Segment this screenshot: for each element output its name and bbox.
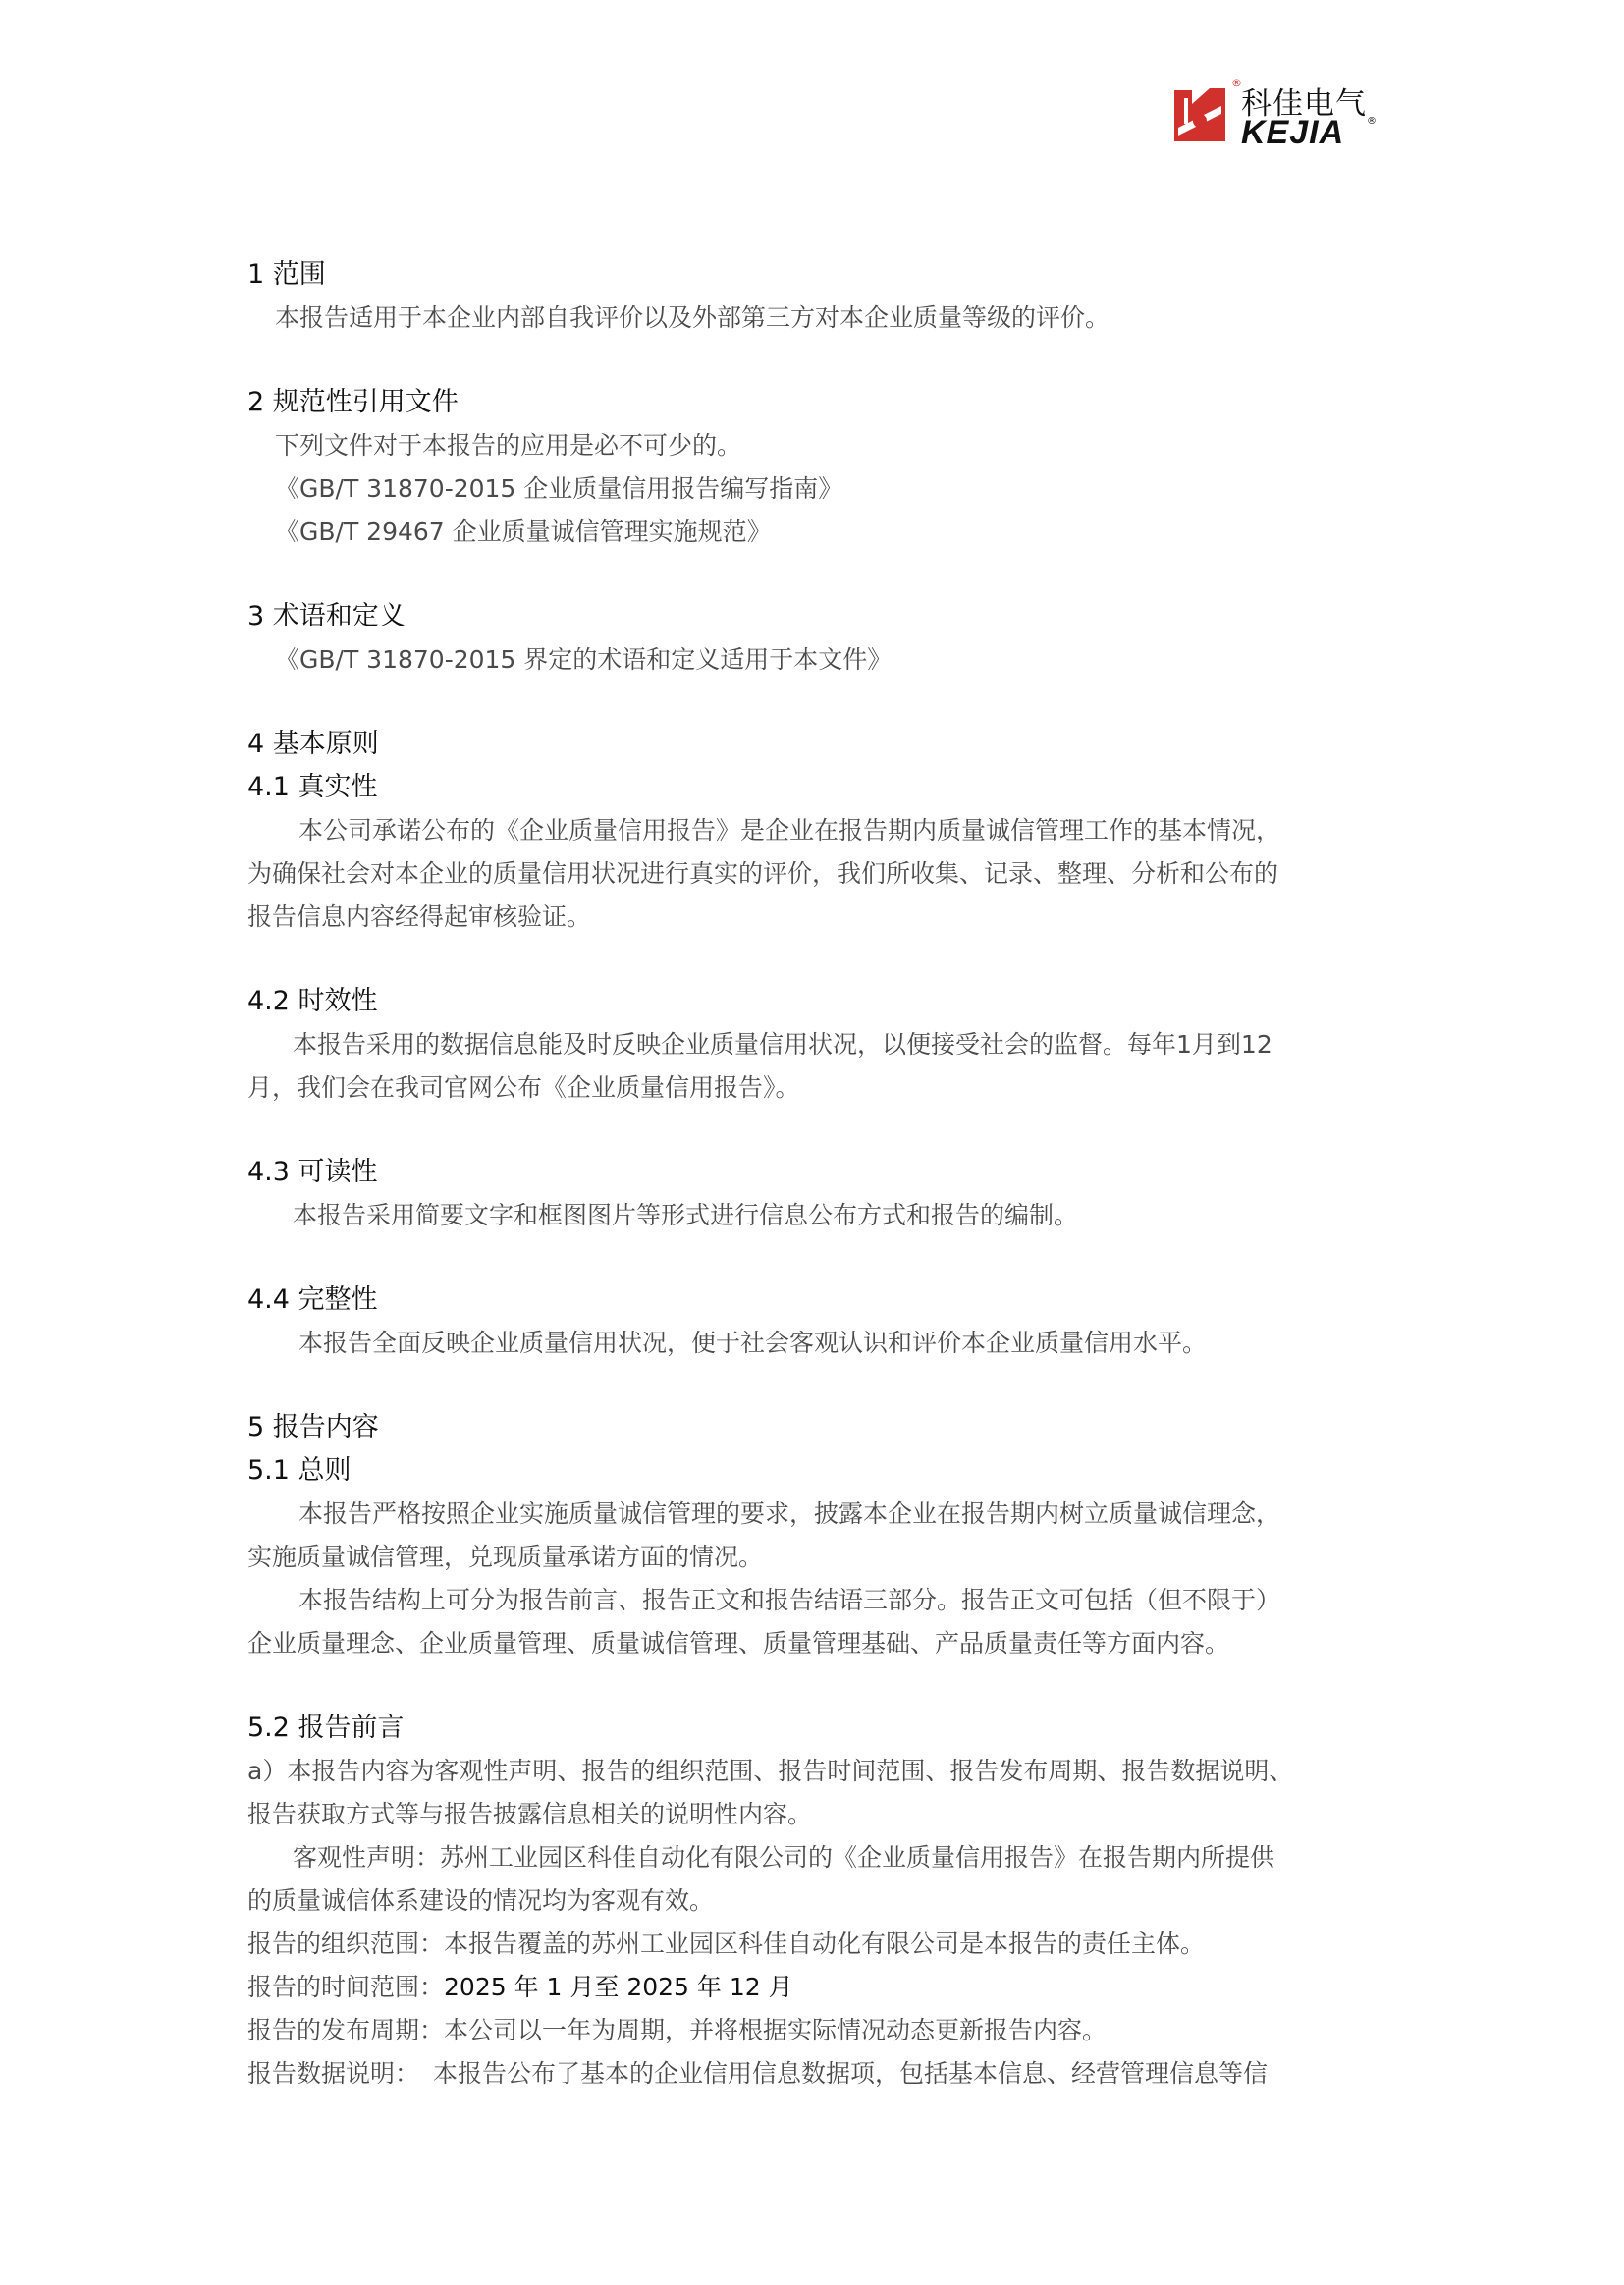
- paragraph: 本报告适用于本企业内部自我评价以及外部第三方对本企业质量等级的评价。: [247, 297, 1406, 340]
- paragraph: 下列文件对于本报告的应用是必不可少的。: [247, 424, 1406, 467]
- section-heading: 5 报告内容: [247, 1406, 1406, 1449]
- section-heading: 1 范围: [247, 253, 1406, 297]
- section-report-content: 5 报告内容 5.1 总则 本报告严格按照企业实施质量诚信管理的要求，披露本企业…: [247, 1406, 1406, 2095]
- release-cycle-value: 本公司以一年为周期，并将根据实际情况动态更新报告内容。: [444, 2016, 1107, 2044]
- time-scope-value: 2025 年 1 月至 2025 年 12 月: [444, 1973, 793, 2001]
- org-scope-row: 报告的组织范围：本报告覆盖的苏州工业园区科佳自动化有限公司是本报告的责任主体。: [247, 1923, 1406, 1966]
- paragraph-line: 本报告采用的数据信息能及时反映企业质量信用状况，以便接受社会的监督。每年1月到1…: [247, 1023, 1406, 1066]
- data-description-row: 报告数据说明：本报告公布了基本的企业信用信息数据项，包括基本信息、经营管理信息等…: [247, 2052, 1406, 2095]
- time-scope-label: 报告的时间范围：: [247, 1973, 444, 2001]
- kejia-logo-icon: [1170, 84, 1229, 147]
- paragraph: 《GB/T 31870-2015 界定的术语和定义适用于本文件》: [247, 638, 1406, 681]
- data-description-value: 本报告公布了基本的企业信用信息数据项，包括基本信息、经营管理信息等信: [419, 2059, 1268, 2088]
- reference-item: 《GB/T 29467 企业质量诚信管理实施规范》: [247, 511, 1406, 554]
- logo-english-name: KEJIA: [1241, 114, 1344, 152]
- paragraph-line: 报告获取方式等与报告披露信息相关的说明性内容。: [247, 1793, 1406, 1836]
- document-body: 1 范围 本报告适用于本企业内部自我评价以及外部第三方对本企业质量等级的评价。 …: [247, 253, 1406, 2095]
- section-heading: 2 规范性引用文件: [247, 381, 1406, 424]
- paragraph-line: 为确保社会对本企业的质量信用状况进行真实的评价，我们所收集、记录、整理、分析和公…: [247, 852, 1406, 896]
- paragraph: 本报告全面反映企业质量信用状况，便于社会客观认识和评价本企业质量信用水平。: [247, 1322, 1406, 1365]
- paragraph-line: 本公司承诺公布的《企业质量信用报告》是企业在报告期内质量诚信管理工作的基本情况，: [247, 809, 1406, 852]
- paragraph: 本报告采用简要文字和框图图片等形式进行信息公布方式和报告的编制。: [247, 1194, 1406, 1237]
- paragraph-line: 客观性声明：苏州工业园区科佳自动化有限公司的《企业质量信用报告》在报告期内所提供: [247, 1836, 1406, 1879]
- subsection-heading: 4.2 时效性: [247, 980, 1406, 1023]
- registered-mark: ®: [1367, 116, 1377, 127]
- section-basic-principles: 4 基本原则 4.1 真实性 本公司承诺公布的《企业质量信用报告》是企业在报告期…: [247, 723, 1406, 1365]
- release-cycle-row: 报告的发布周期：本公司以一年为周期，并将根据实际情况动态更新报告内容。: [247, 2009, 1406, 2052]
- paragraph-line: 报告信息内容经得起审核验证。: [247, 896, 1406, 939]
- paragraph-line: a）本报告内容为客观性声明、报告的组织范围、报告时间范围、报告发布周期、报告数据…: [247, 1750, 1406, 1793]
- org-scope-value: 本报告覆盖的苏州工业园区科佳自动化有限公司是本报告的责任主体。: [444, 1930, 1205, 1958]
- company-logo: ® 科佳电气 KEJIA ®: [1170, 77, 1379, 153]
- paragraph-line: 本报告结构上可分为报告前言、报告正文和报告结语三部分。报告正文可包括（但不限于）: [247, 1579, 1406, 1622]
- subsection-heading: 5.2 报告前言: [247, 1707, 1406, 1750]
- subsection-heading: 5.1 总则: [247, 1449, 1406, 1493]
- paragraph-line: 的质量诚信体系建设的情况均为客观有效。: [247, 1879, 1406, 1923]
- paragraph-line: 本报告严格按照企业实施质量诚信管理的要求，披露本企业在报告期内树立质量诚信理念，: [247, 1493, 1406, 1536]
- reference-item: 《GB/T 31870-2015 企业质量信用报告编写指南》: [247, 467, 1406, 511]
- section-heading: 3 术语和定义: [247, 595, 1406, 638]
- data-description-label: 报告数据说明：: [247, 2059, 419, 2088]
- section-normative-references: 2 规范性引用文件 下列文件对于本报告的应用是必不可少的。 《GB/T 3187…: [247, 381, 1406, 554]
- subsection-heading: 4.1 真实性: [247, 766, 1406, 809]
- section-terms-definitions: 3 术语和定义 《GB/T 31870-2015 界定的术语和定义适用于本文件》: [247, 595, 1406, 681]
- section-scope: 1 范围 本报告适用于本企业内部自我评价以及外部第三方对本企业质量等级的评价。: [247, 253, 1406, 340]
- subsection-heading: 4.3 可读性: [247, 1151, 1406, 1194]
- paragraph-line: 实施质量诚信管理，兑现质量承诺方面的情况。: [247, 1536, 1406, 1579]
- section-heading: 4 基本原则: [247, 723, 1406, 766]
- subsection-heading: 4.4 完整性: [247, 1279, 1406, 1322]
- release-cycle-label: 报告的发布周期：: [247, 2016, 444, 2044]
- time-scope-row: 报告的时间范围：2025 年 1 月至 2025 年 12 月: [247, 1966, 1406, 2009]
- paragraph-line: 月，我们会在我司官网公布《企业质量信用报告》。: [247, 1066, 1406, 1110]
- org-scope-label: 报告的组织范围：: [247, 1930, 444, 1958]
- paragraph-line: 企业质量理念、企业质量管理、质量诚信管理、质量管理基础、产品质量责任等方面内容。: [247, 1622, 1406, 1665]
